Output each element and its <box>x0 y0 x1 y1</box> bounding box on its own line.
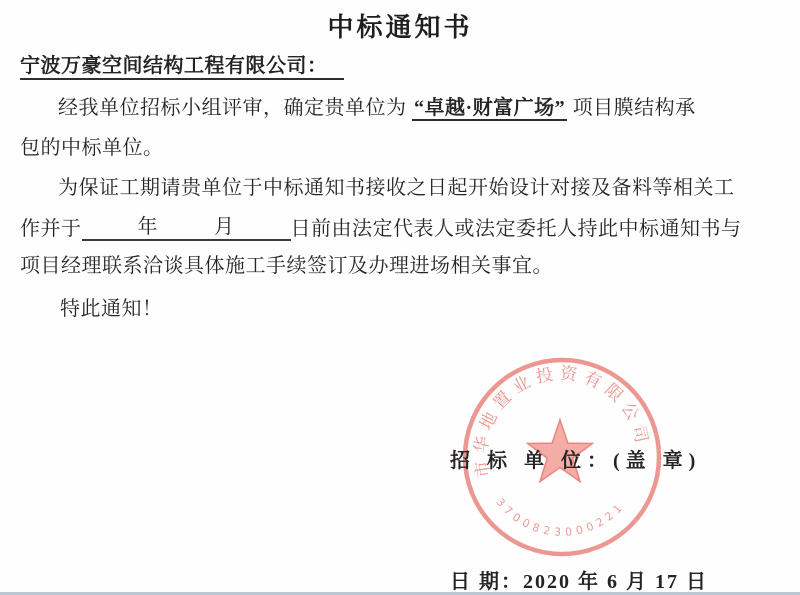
para1-text-pre: 经我单位招标小组评审，确定贵单位为 <box>58 97 412 119</box>
date-line: 日 期：2020 年 6 月 17 日 <box>450 565 708 594</box>
month-label: 月 <box>214 216 235 238</box>
day-blank <box>235 232 291 233</box>
paragraph2-line1: 为保证工期请贵单位于中标通知书接收之日起开始设计对接及备料等相关工 <box>58 171 735 200</box>
month-blank <box>158 232 214 233</box>
document-title: 中标通知书 <box>0 7 800 44</box>
para2-text-post: 日前由法定代表人或法定委托人持此中标通知书与 <box>291 218 742 240</box>
paragraph2-line3: 项目经理联系洽谈具体施工手续签订及办理进场相关事宜。 <box>20 249 553 278</box>
project-name-emphasis: “卓越·财富广场” <box>412 97 567 121</box>
seal-serial-number: 3700823000221 <box>493 496 627 539</box>
recipient-line: 宁波万豪空间结构工程有限公司： <box>20 49 344 80</box>
year-blank <box>82 232 138 233</box>
year-label: 年 <box>138 216 159 238</box>
recipient-company-name: 宁波万豪空间结构工程有限公司： <box>20 49 344 80</box>
svg-text:3700823000221: 3700823000221 <box>493 496 627 539</box>
paragraph2-line2: 作并于年月日前由法定代表人或法定委托人持此中标通知书与 <box>20 210 742 241</box>
para2-text-pre: 作并于 <box>20 218 82 240</box>
paragraph1-line1: 经我单位招标小组评审，确定贵单位为 “卓越·财富广场” 项目膜结构承 <box>58 91 696 120</box>
closing-statement: 特此通知！ <box>60 292 163 321</box>
paragraph1-line2: 包的中标单位。 <box>20 131 164 160</box>
bidding-unit-seal-label: 招 标 单 位：(盖 章) <box>450 444 701 473</box>
date-fill-in-blank: 年月 <box>82 210 291 241</box>
para1-text-post: 项目膜结构承 <box>567 97 696 119</box>
award-notice-document: 中标通知书 宁波万豪空间结构工程有限公司： 经我单位招标小组评审，确定贵单位为 … <box>0 0 800 595</box>
